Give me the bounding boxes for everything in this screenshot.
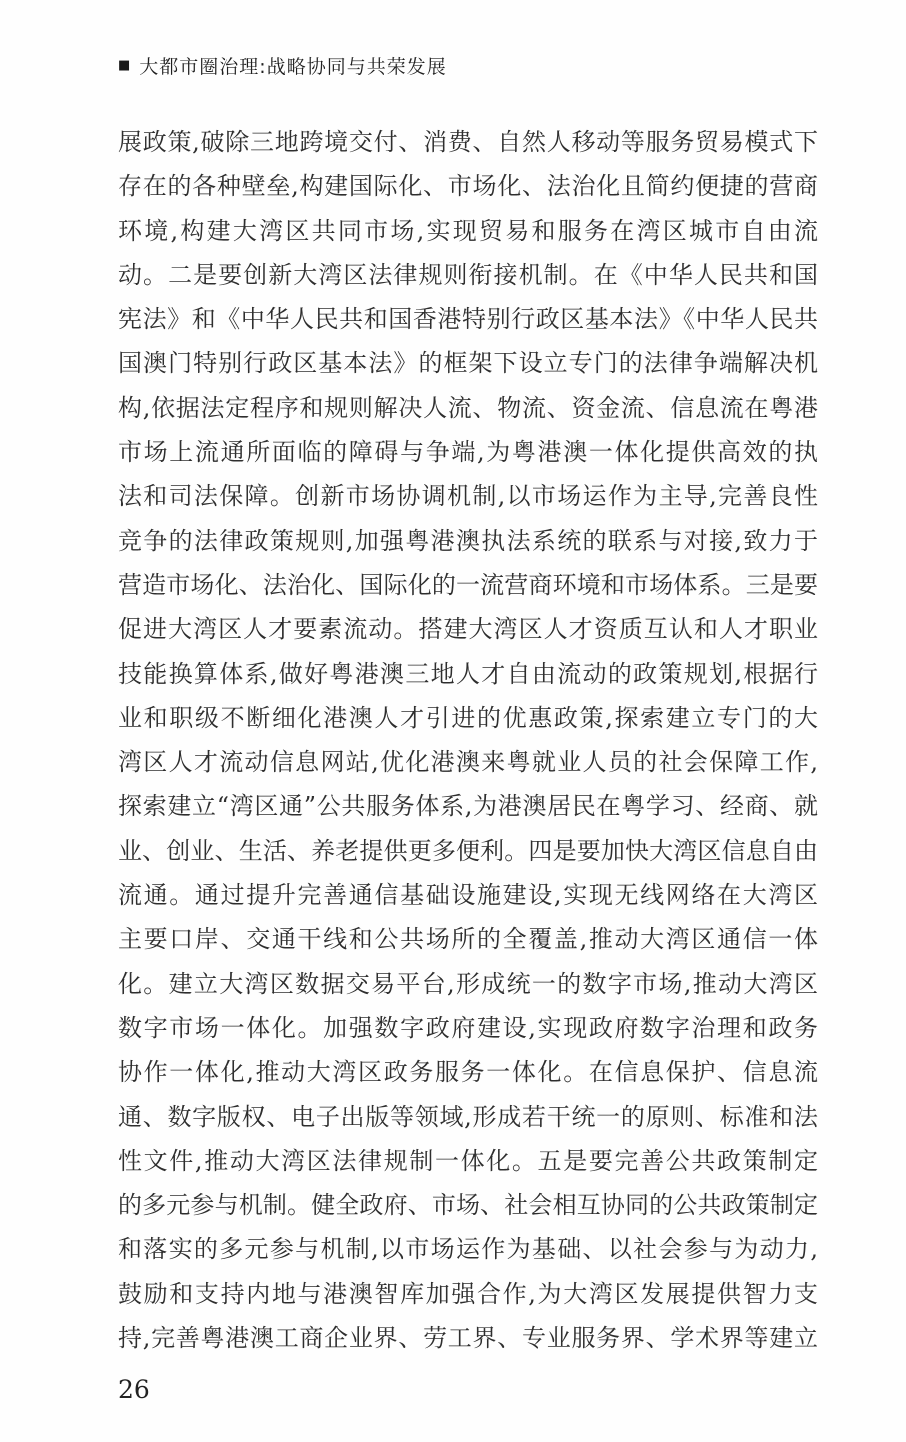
text-line: 展政策,破除三地跨境交付、消费、自然人移动等服务贸易模式下 [118, 120, 818, 164]
text-line: 营造市场化、法治化、国际化的一流营商环境和市场体系。三是要 [118, 563, 818, 607]
page-number: 26 [118, 1375, 150, 1404]
text-line: 探索建立“湾区通”公共服务体系,为港澳居民在粤学习、经商、就 [118, 784, 818, 828]
text-line: 促进大湾区人才要素流动。搭建大湾区人才资质互认和人才职业 [118, 607, 818, 651]
body-paragraph: 展政策,破除三地跨境交付、消费、自然人移动等服务贸易模式下存在的各种壁垒,构建国… [118, 120, 818, 1360]
square-bullet-icon: ■ [118, 59, 130, 72]
text-line: 市场上流通所面临的障碍与争端,为粤港澳一体化提供高效的执 [118, 430, 818, 474]
text-line: 鼓励和支持内地与港澳智库加强合作,为大湾区发展提供智力支 [118, 1272, 818, 1316]
text-line: 的多元参与机制。健全政府、市场、社会相互协同的公共政策制定 [118, 1183, 818, 1227]
text-line: 技能换算体系,做好粤港澳三地人才自由流动的政策规划,根据行 [118, 652, 818, 696]
text-line: 业和职级不断细化港澳人才引进的优惠政策,探索建立专门的大 [118, 696, 818, 740]
text-line: 环境,构建大湾区共同市场,实现贸易和服务在湾区城市自由流 [118, 209, 818, 253]
text-line: 持,完善粤港澳工商企业界、劳工界、专业服务界、学术界等建立常 [118, 1316, 818, 1360]
text-line: 和落实的多元参与机制,以市场运作为基础、以社会参与为动力, [118, 1227, 818, 1271]
text-line: 性文件,推动大湾区法律规制一体化。五是要完善公共政策制定 [118, 1139, 818, 1183]
text-line: 竞争的法律政策规则,加强粤港澳执法系统的联系与对接,致力于 [118, 519, 818, 563]
text-line: 存在的各种壁垒,构建国际化、市场化、法治化且简约便捷的营商 [118, 164, 818, 208]
text-line: 数字市场一体化。加强数字政府建设,实现政府数字治理和政务 [118, 1006, 818, 1050]
text-line: 宪法》和《中华人民共和国香港特别行政区基本法》《中华人民共和 [118, 297, 818, 341]
text-line: 业、创业、生活、养老提供更多便利。四是要加快大湾区信息自由 [118, 829, 818, 873]
text-line: 法和司法保障。创新市场协调机制,以市场运作为主导,完善良性 [118, 474, 818, 518]
book-page: ■ 大都市圈治理:战略协同与共荣发展 展政策,破除三地跨境交付、消费、自然人移动… [0, 0, 906, 1442]
text-line: 通、数字版权、电子出版等领域,形成若干统一的原则、标准和法律 [118, 1095, 818, 1139]
running-header-title: 大都市圈治理:战略协同与共荣发展 [139, 52, 446, 79]
text-line: 协作一体化,推动大湾区政务服务一体化。在信息保护、信息流 [118, 1050, 818, 1094]
text-line: 化。建立大湾区数据交易平台,形成统一的数字市场,推动大湾区 [118, 962, 818, 1006]
running-header: ■ 大都市圈治理:战略协同与共荣发展 [118, 52, 447, 79]
text-line: 流通。通过提升完善通信基础设施建设,实现无线网络在大湾区 [118, 873, 818, 917]
text-line: 湾区人才流动信息网站,优化港澳来粤就业人员的社会保障工作, [118, 740, 818, 784]
text-line: 主要口岸、交通干线和公共场所的全覆盖,推动大湾区通信一体 [118, 917, 818, 961]
text-line: 构,依据法定程序和规则解决人流、物流、资金流、信息流在粤港澳 [118, 386, 818, 430]
text-line: 国澳门特别行政区基本法》的框架下设立专门的法律争端解决机 [118, 341, 818, 385]
text-line: 动。二是要创新大湾区法律规则衔接机制。在《中华人民共和国 [118, 253, 818, 297]
